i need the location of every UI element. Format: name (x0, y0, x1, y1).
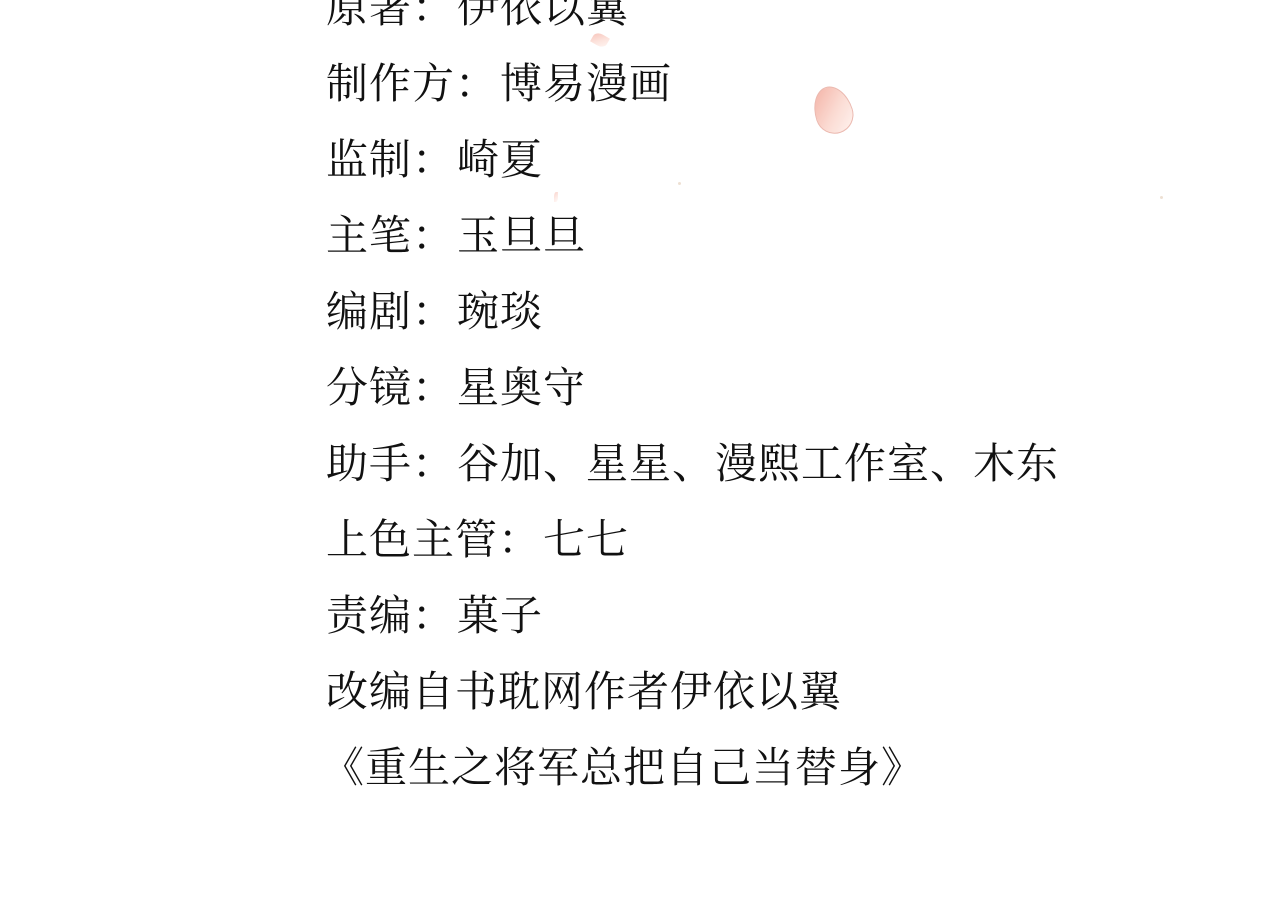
credit-name: 博易漫画 (500, 59, 672, 108)
credit-role: 原著： (326, 0, 455, 32)
credit-name: 星奥守 (457, 363, 586, 412)
credits-page: 原著：伊依以翼 制作方：博易漫画 监制：崎夏 主笔：玉旦旦 编剧：琬琰 分镜：星… (0, 0, 1280, 900)
adaptation-text: 改编自书耽网作者伊依以翼 (326, 667, 842, 716)
novel-title: 《重生之将军总把自己当替身》 (322, 743, 924, 792)
credit-editor: 责编：菓子 (326, 578, 1059, 654)
credit-storyboard: 分镜：星奥守 (326, 350, 1059, 426)
credit-name: 菓子 (457, 591, 543, 640)
credit-name: 七七 (543, 515, 629, 564)
credit-name: 玉旦旦 (457, 211, 586, 260)
credit-role: 分镜： (326, 363, 455, 412)
credit-role: 编剧： (326, 287, 455, 336)
credit-color-supervisor: 上色主管：七七 (326, 502, 1059, 578)
credit-role: 主笔： (326, 211, 455, 260)
credit-name: 谷加、星星、漫熙工作室、木东 (457, 439, 1059, 488)
credit-role: 监制： (326, 135, 455, 184)
credit-role: 助手： (326, 439, 455, 488)
credit-role: 上色主管： (326, 515, 541, 564)
credit-lead-artist: 主笔：玉旦旦 (326, 198, 1059, 274)
credit-producer: 制作方：博易漫画 (326, 46, 1059, 122)
credit-original-author: 原著：伊依以翼 (326, 0, 1059, 46)
adaptation-source-line: 改编自书耽网作者伊依以翼 (326, 654, 1059, 730)
credit-screenwriter: 编剧：琬琰 (326, 274, 1059, 350)
credit-supervisor: 监制：崎夏 (326, 122, 1059, 198)
credit-role: 责编： (326, 591, 455, 640)
credit-role: 制作方： (326, 59, 498, 108)
credit-name: 伊依以翼 (457, 0, 629, 32)
credit-assistants: 助手：谷加、星星、漫熙工作室、木东 (326, 426, 1059, 502)
adaptation-title-line: 《重生之将军总把自己当替身》 (322, 730, 1059, 806)
petal-speck-decoration (1160, 196, 1163, 199)
credit-name: 崎夏 (457, 135, 543, 184)
credits-list: 原著：伊依以翼 制作方：博易漫画 监制：崎夏 主笔：玉旦旦 编剧：琬琰 分镜：星… (326, 0, 1059, 806)
credit-name: 琬琰 (457, 287, 543, 336)
